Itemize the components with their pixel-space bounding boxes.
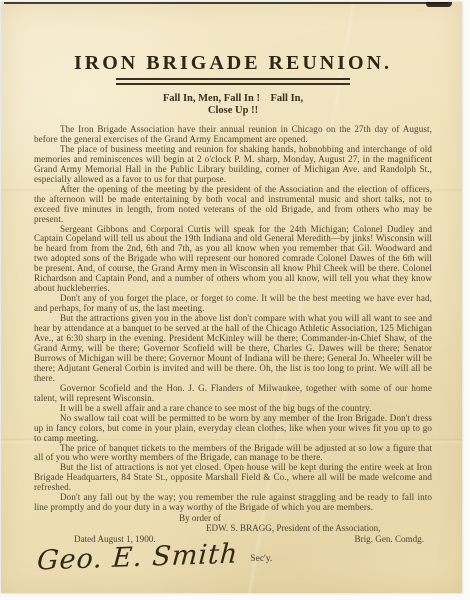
paragraph: No swallow tail coat will be permitted t…	[34, 414, 432, 444]
scanned-letter-page: IRON BRIGADE REUNION. Fall In, Men, Fall…	[0, 0, 470, 600]
rally-call: Fall In, Men, Fall In ! Fall In, Close U…	[34, 93, 432, 117]
president-signature-line: EDW. S. BRAGG, President of the Associat…	[206, 523, 432, 533]
paragraph: The place of business meeting and reunio…	[34, 145, 432, 185]
letter-content: IRON BRIGADE REUNION. Fall In, Men, Fall…	[1, 2, 462, 544]
rally-line-1: Fall In, Men, Fall In ! Fall In,	[34, 93, 432, 105]
secretary-title: Sec'y.	[250, 554, 272, 564]
paragraph: After the opening of the meeting by the …	[34, 185, 432, 225]
paragraph: The Iron Brigade Association have their …	[34, 125, 432, 145]
handwritten-signature: Geo. E. Smith	[36, 538, 239, 576]
paragraph: The price of banquet tickets to the memb…	[34, 444, 432, 464]
rank-line: Brig. Gen. Comdg.	[355, 534, 424, 544]
aged-paper-sheet: IRON BRIGADE REUNION. Fall In, Men, Fall…	[1, 2, 462, 593]
letter-body: The Iron Brigade Association have their …	[34, 125, 432, 513]
secretary-signature-block: Geo. E. Smith Sec'y.	[37, 542, 272, 573]
paragraph: But the attractions given you in the abo…	[34, 314, 432, 384]
rally-line-2: Close Up !!	[34, 105, 432, 117]
letter-title: IRON BRIGADE REUNION.	[34, 52, 432, 75]
by-order-line: By order of	[179, 513, 432, 523]
paragraph: But the list of attractions is not yet c…	[34, 463, 432, 493]
paragraph: Sergeant Gibbons and Corporal Curtis wil…	[34, 225, 432, 295]
title-double-rule	[116, 78, 350, 85]
paragraph: Governor Scofield and the Hon. J. G. Fla…	[34, 384, 432, 404]
paragraph: Don't any fall out by the way; you remem…	[34, 493, 432, 513]
paragraph: Don't any of you forget the place, or fo…	[34, 294, 432, 314]
